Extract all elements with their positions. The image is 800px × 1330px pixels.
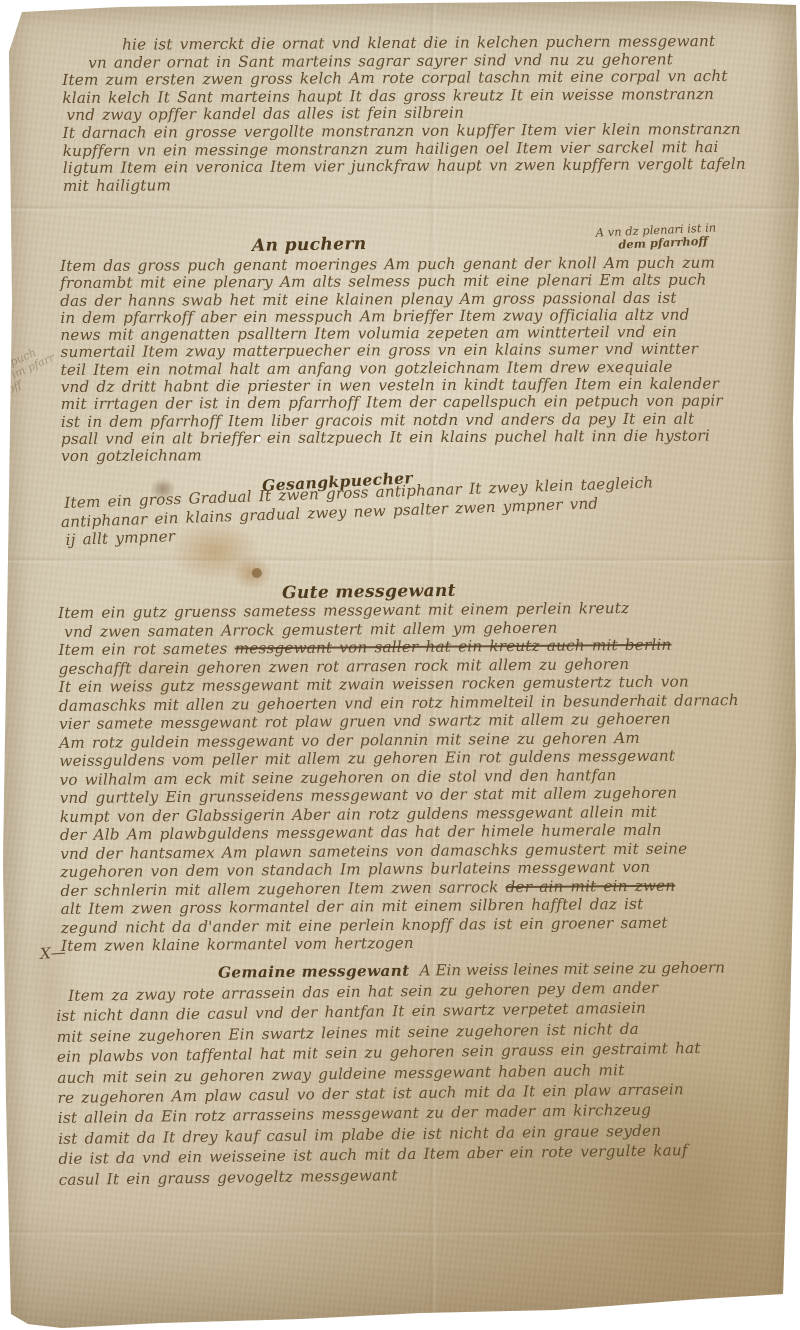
books-paragraph: Item das gross puch genant moeringes Am …: [60, 255, 723, 466]
section-heading-books: An puchern: [252, 234, 367, 256]
manuscript-line: dem pfarrhoff: [618, 234, 717, 251]
section-heading-common-vestments: Gemaine messgewant: [218, 962, 410, 982]
manuscript-line: von gotzleichnam: [61, 445, 723, 466]
struck-text: messgewant von saller hat ein kreutz auc…: [235, 636, 672, 658]
margin-x-mark: X—: [39, 943, 66, 963]
fold-crease: [0, 556, 800, 564]
struck-text: der ain mit ein zwen: [505, 876, 675, 895]
manuscript-line: mit hailigtum: [63, 174, 746, 196]
manuscript-photo: hie ist vmerckt die ornat vnd klenat die…: [0, 0, 800, 1330]
margin-note-right: A vn dz plenari ist indem pfarrhoff: [595, 221, 717, 252]
intro-paragraph: hie ist vmerckt die ornat vnd klenat die…: [62, 33, 746, 196]
fold-crease: [0, 204, 800, 212]
songbooks-paragraph: Item ein gross Gradual It zwen gross ant…: [64, 473, 655, 549]
margin-note-left-faint: ain puchist im pfarrhoff: [0, 341, 61, 399]
ink-speck: [252, 568, 262, 578]
parchment-sheet: hie ist vmerckt die ornat vnd klenat die…: [0, 0, 800, 1330]
good-vestments-paragraph: Item ein gutz gruenss sametess messgewan…: [58, 598, 741, 955]
common-vestments-paragraph: Item za zway rote arrassein das ein hat …: [56, 977, 702, 1190]
fold-crease: [0, 1228, 800, 1236]
